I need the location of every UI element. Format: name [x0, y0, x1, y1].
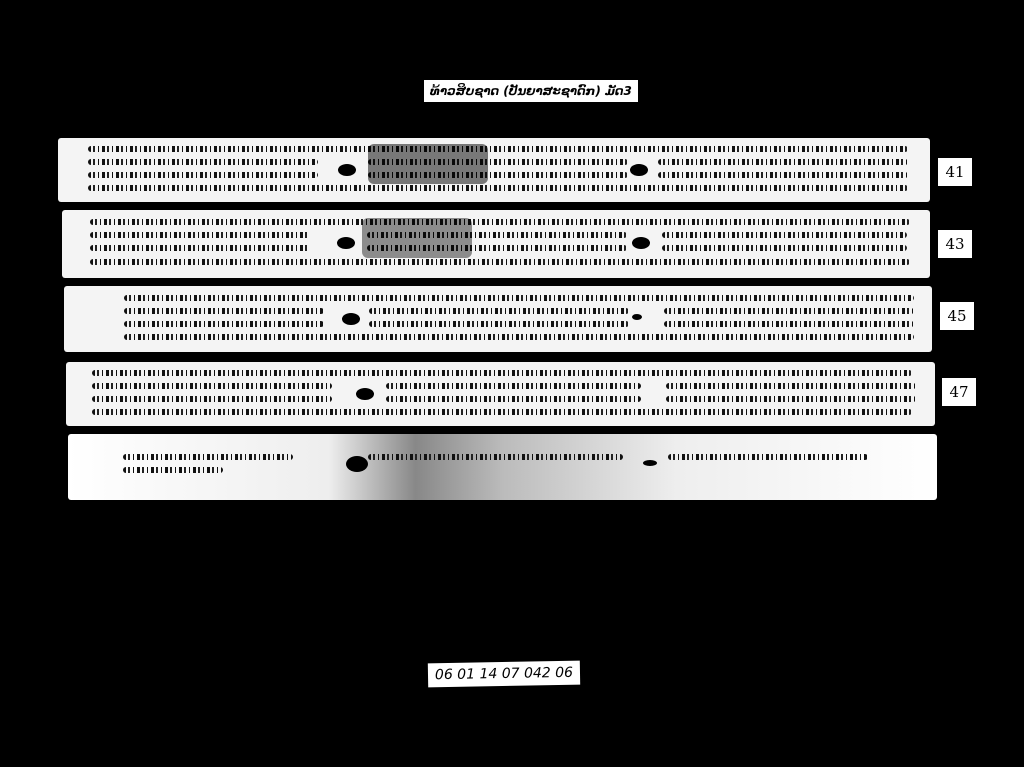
script-line: [92, 370, 912, 376]
script-line: [92, 383, 332, 389]
script-line: [124, 321, 324, 327]
archive-id-label: 06 01 14 07 042 06: [428, 661, 580, 688]
script-line: [90, 232, 310, 238]
string-hole: [346, 456, 368, 472]
script-line: [123, 454, 293, 460]
script-line: [88, 146, 908, 152]
string-hole: [632, 314, 642, 320]
script-line: [368, 454, 623, 460]
script-line: [124, 295, 914, 301]
script-line: [90, 219, 910, 225]
script-line: [664, 321, 914, 327]
ink-smudge: [368, 144, 488, 184]
leaf-number-47: 47: [942, 378, 976, 406]
palm-leaf-41: [58, 138, 930, 202]
script-line: [386, 396, 641, 402]
string-hole: [342, 313, 360, 325]
script-line: [92, 409, 912, 415]
palm-leaf-45: [64, 286, 932, 352]
palm-leaf-final: [68, 434, 937, 500]
script-line: [369, 308, 629, 314]
string-hole: [337, 237, 355, 249]
script-line: [664, 308, 914, 314]
string-hole: [632, 237, 650, 249]
script-line: [124, 334, 914, 340]
manuscript-title-label: ທ້າວສິບຊາດ (ປັນຍາສະຊາດົກ) ມັດ3: [424, 80, 638, 102]
palm-leaf-47: [66, 362, 935, 426]
script-line: [666, 383, 916, 389]
script-line: [90, 245, 310, 251]
string-hole: [356, 388, 374, 400]
script-line: [92, 396, 332, 402]
string-hole: [338, 164, 356, 176]
script-line: [369, 321, 629, 327]
script-line: [658, 172, 908, 178]
string-hole: [630, 164, 648, 176]
script-line: [88, 159, 318, 165]
script-line: [124, 308, 324, 314]
palm-leaf-43: [62, 210, 930, 278]
script-line: [662, 232, 907, 238]
leaf-number-45: 45: [940, 302, 974, 330]
script-line: [662, 245, 907, 251]
leaf-number-43: 43: [938, 230, 972, 258]
leaf-number-41: 41: [938, 158, 972, 186]
script-line: [90, 259, 910, 265]
script-line: [123, 467, 223, 473]
script-line: [658, 159, 908, 165]
script-line: [88, 185, 908, 191]
ink-smudge: [362, 218, 472, 258]
string-hole: [643, 460, 657, 466]
script-line: [668, 454, 868, 460]
script-line: [666, 396, 916, 402]
script-line: [88, 172, 318, 178]
script-line: [386, 383, 641, 389]
